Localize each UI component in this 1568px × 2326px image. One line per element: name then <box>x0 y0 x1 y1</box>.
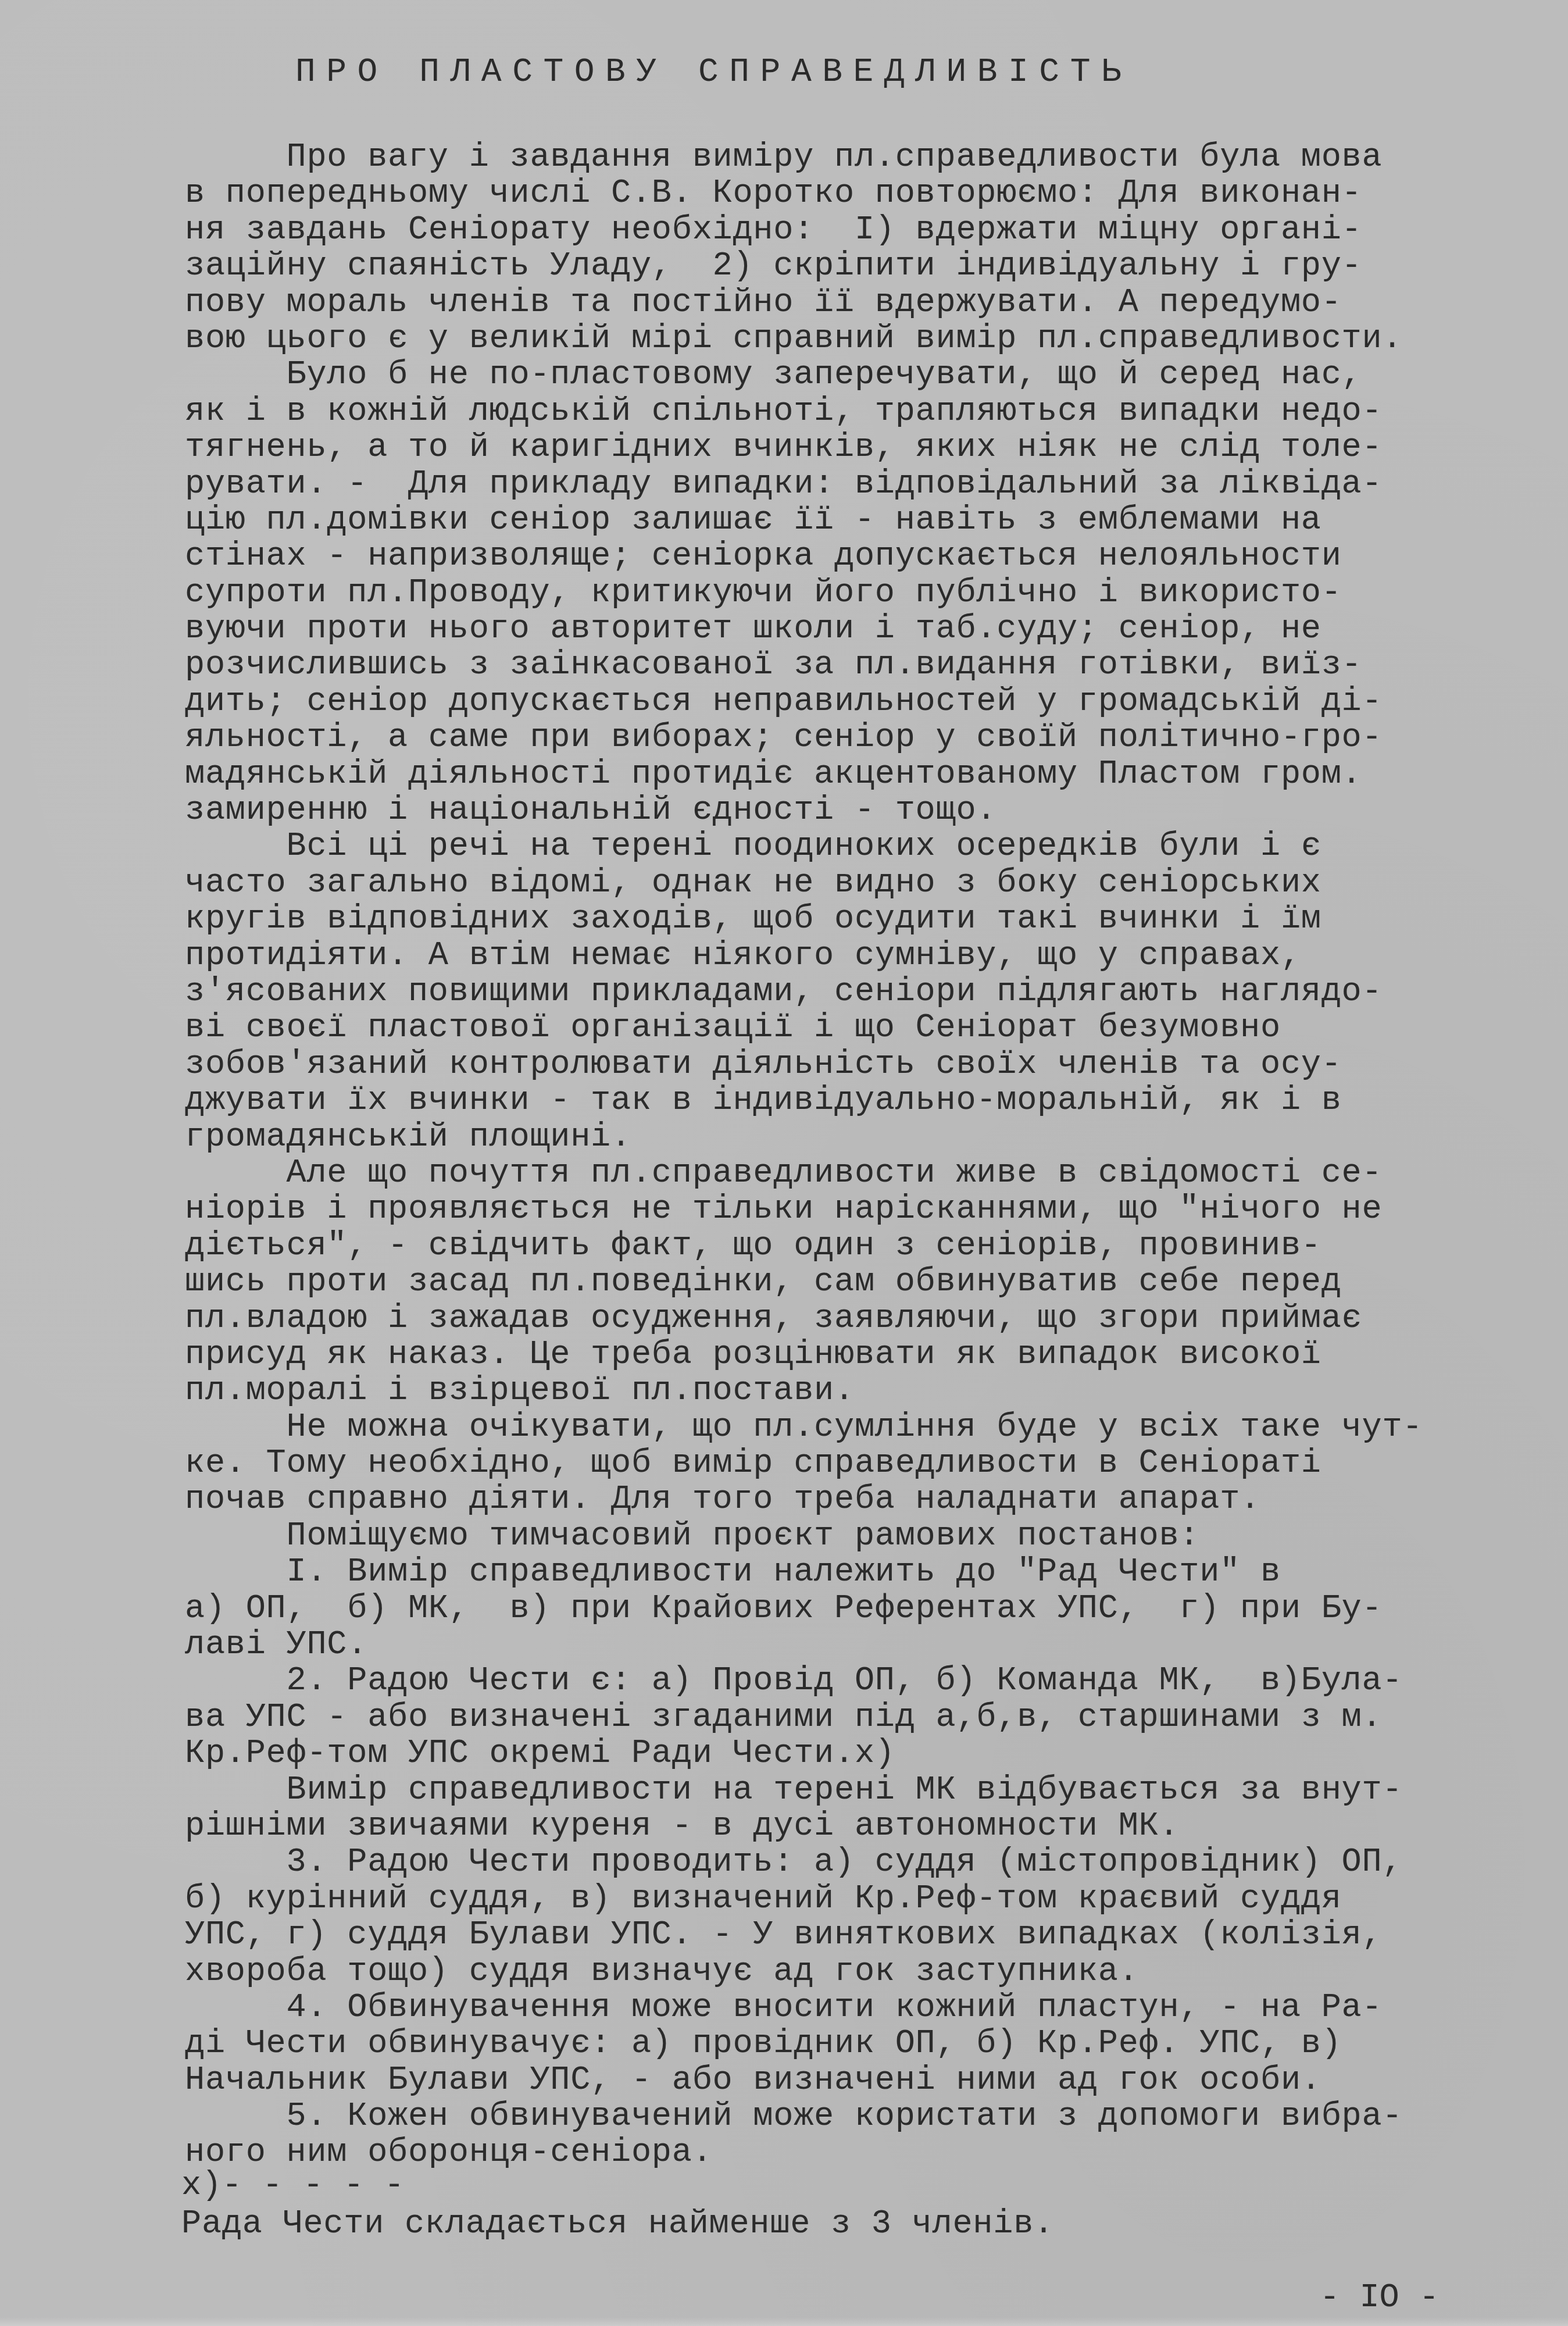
text-line: Але що почуття пл.справедливости живе в … <box>185 1155 1522 1191</box>
text-line: I. Вимір справедливости належить до "Рад… <box>185 1554 1522 1590</box>
text-line: протидіяти. А втім немає ніякого сумніву… <box>185 938 1522 974</box>
text-line: кругів відповідних заходів, щоб осудити … <box>185 901 1522 937</box>
text-line: присуд як наказ. Це треба розцінювати як… <box>185 1337 1522 1373</box>
text-line: Кр.Реф-том УПС окремі Ради Чести.x) <box>185 1736 1522 1772</box>
text-line: 5. Кожен обвинувачений може користати з … <box>185 2099 1522 2135</box>
text-line: діється", - свідчить факт, що один з сен… <box>185 1228 1522 1264</box>
document-title: ПРО ПЛАСТОВУ СПРАВЕДЛИВІСТЬ <box>295 53 1132 91</box>
text-line: УПС, г) суддя Булави УПС. - У виняткових… <box>185 1917 1522 1953</box>
footnote-text: Рада Чести складається найменше з 3 член… <box>181 2206 1054 2245</box>
text-line: мадянській діяльності протидіє акцентова… <box>185 757 1522 793</box>
text-line: 4. Обвинувачення може вносити кожний пла… <box>185 1990 1522 2026</box>
text-line: Про вагу і завдання виміру пл.справедлив… <box>185 140 1522 176</box>
page-number: - IO - <box>1320 2279 1439 2317</box>
text-line: б) курінний суддя, в) визначений Кр.Реф-… <box>185 1881 1522 1917</box>
text-line: в попередньому числі С.В. Коротко повтор… <box>185 176 1522 212</box>
text-line: стінах - напризволяще; сеніорка допускає… <box>185 538 1522 575</box>
text-line: тягнень, а то й каригідних вчинків, яких… <box>185 430 1522 466</box>
text-line: громадянській площині. <box>185 1119 1522 1155</box>
footnote-separator: x)- - - - - <box>181 2168 1054 2206</box>
text-line: Поміщуємо тимчасовий проєкт рамових пост… <box>185 1518 1522 1554</box>
scanned-page: ПРО ПЛАСТОВУ СПРАВЕДЛИВІСТЬ Про вагу і з… <box>0 0 1568 2326</box>
footnote: x)- - - - - Рада Чести складається найме… <box>181 2168 1054 2245</box>
text-line: Вимір справедливости на терені МК відбув… <box>185 1772 1522 1808</box>
text-line: ного ним оборонця-сеніора. <box>185 2135 1522 2171</box>
text-line: 2. Радою Чести є: а) Провід ОП, б) Коман… <box>185 1663 1522 1699</box>
text-line: пл.владою і зажадав осудження, заявляючи… <box>185 1301 1522 1337</box>
text-line: ке. Тому необхідно, щоб вимір справедлив… <box>185 1446 1522 1482</box>
text-line: почав справно діяти. Для того треба нала… <box>185 1482 1522 1518</box>
text-line: заційну спаяність Уладу, 2) скріпити інд… <box>185 248 1522 284</box>
text-line: супроти пл.Проводу, критикуючи його публ… <box>185 575 1522 611</box>
text-line: хвороба тощо) суддя визначує ад гок заст… <box>185 1954 1522 1990</box>
text-line: рувати. - Для прикладу випадки: відповід… <box>185 466 1522 502</box>
text-line: пл.моралі і взірцевої пл.постави. <box>185 1373 1522 1409</box>
text-line: замиренню і національній єдності - тощо. <box>185 793 1522 829</box>
text-line: як і в кожній людській спільноті, трапля… <box>185 394 1522 430</box>
text-line: зобов'язаний контролювати діяльність сво… <box>185 1047 1522 1083</box>
text-line: ня завдань Сеніорату необхідно: I) вдерж… <box>185 212 1522 248</box>
text-line: Не можна очікувати, що пл.сумління буде … <box>185 1410 1522 1446</box>
text-line: ва УПС - або визначені згаданими під а,б… <box>185 1700 1522 1736</box>
document-body: Про вагу і завдання виміру пл.справедлив… <box>185 140 1522 2171</box>
text-line: Начальник Булави УПС, - або визначені ни… <box>185 2063 1522 2099</box>
text-line: цію пл.домівки сеніор залишає її - навіт… <box>185 502 1522 538</box>
text-line: а) ОП, б) МК, в) при Крайових Референтах… <box>185 1591 1522 1627</box>
text-line: ві своєї пластової організації і що Сені… <box>185 1010 1522 1046</box>
paper-edge <box>0 2317 1568 2326</box>
text-line: дить; сеніор допускається неправильносте… <box>185 684 1522 720</box>
text-line: часто загально відомі, однак не видно з … <box>185 865 1522 901</box>
text-line: Всі ці речі на терені поодиноких осередк… <box>185 829 1522 865</box>
text-line: лаві УПС. <box>185 1627 1522 1663</box>
text-line: ді Чести обвинувачує: а) провідник ОП, б… <box>185 2026 1522 2062</box>
text-line: Було б не по-пластовому заперечувати, що… <box>185 357 1522 393</box>
text-line: вуючи проти нього авторитет школи і таб.… <box>185 611 1522 647</box>
text-line: вою цього є у великій мірі справний вимі… <box>185 321 1522 357</box>
text-line: рішніми звичаями куреня - в дусі автоном… <box>185 1808 1522 1845</box>
text-line: яльності, а саме при виборах; сеніор у с… <box>185 720 1522 756</box>
text-line: джувати їх вчинки - так в індивідуально-… <box>185 1083 1522 1119</box>
text-line: з'ясованих повищими прикладами, сеніори … <box>185 974 1522 1010</box>
text-line: ніорів і проявляється не тільки наріскан… <box>185 1191 1522 1228</box>
text-line: 3. Радою Чести проводить: а) суддя (міст… <box>185 1845 1522 1881</box>
text-line: пову мораль членів та постійно її вдержу… <box>185 285 1522 321</box>
text-line: розчислившись з заінкасованої за пл.вида… <box>185 647 1522 683</box>
text-line: шись проти засад пл.поведінки, сам обвин… <box>185 1264 1522 1300</box>
